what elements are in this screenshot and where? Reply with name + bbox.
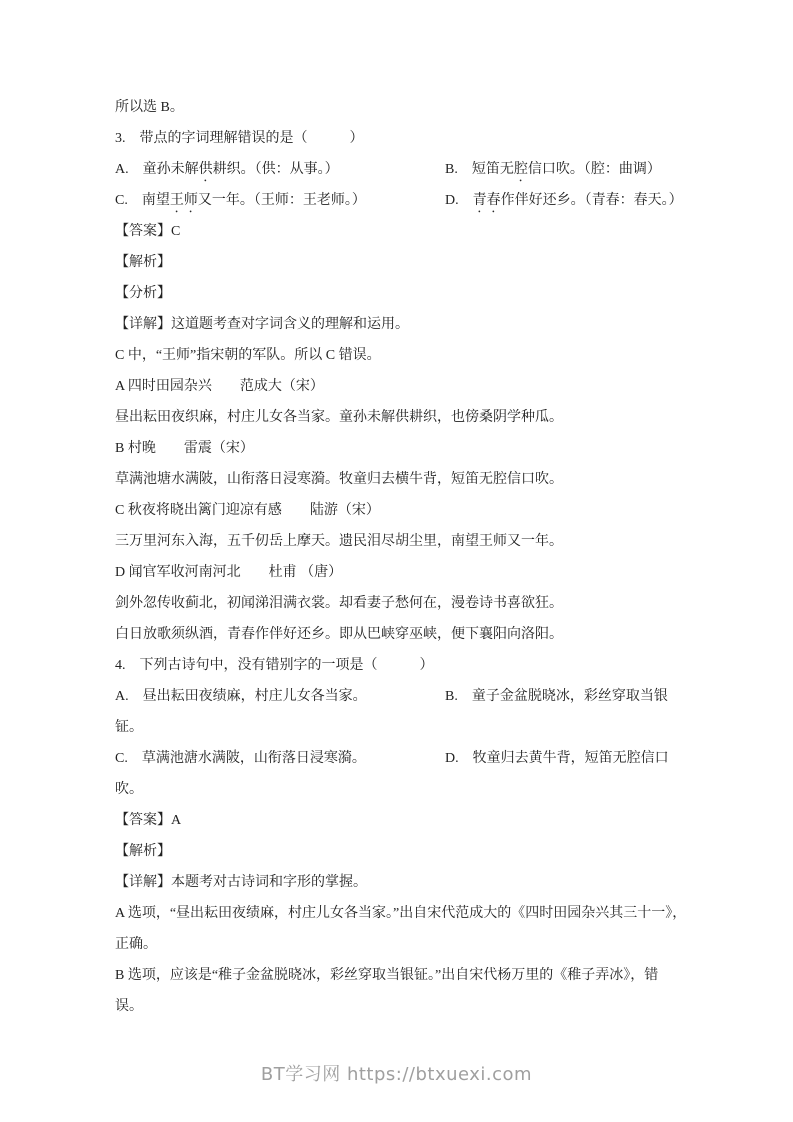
poem-d-text-1: 剑外忽传收蓟北，初闻涕泪满衣裳。却看妻子愁何在，漫卷诗书喜欲狂。 xyxy=(115,588,690,619)
text-segment: A 四时田园杂兴 范成大（宋） xyxy=(115,379,324,394)
text-segment: 钲。 xyxy=(115,720,143,735)
q3-jiexi-label: 【解析】 xyxy=(115,247,690,278)
q3-fenxi-label: 【分析】 xyxy=(115,278,690,309)
text-segment: B. 童子金盆脱晓冰，彩丝穿取当银 xyxy=(445,689,668,704)
text-segment: 正确。 xyxy=(115,937,157,952)
text-segment: 【答案】A xyxy=(115,813,181,828)
emphasized-word: 供 xyxy=(199,162,213,177)
text-segment: 作伴好还乡。（青春：春天。） xyxy=(501,193,683,208)
q4-option-row-ab-left: A. 昼出耘田夜绩麻，村庄儿女各当家。 xyxy=(115,681,445,712)
text-segment: A. 昼出耘田夜绩麻，村庄儿女各当家。 xyxy=(115,689,367,704)
watermark: BT学习网 https://btxuexi.com xyxy=(0,1060,793,1086)
text-segment: 4. 下列古诗句中，没有错别字的一项是（ ） xyxy=(115,658,434,673)
text-segment: 耕织。（供：从事。） xyxy=(213,162,339,177)
text-segment: 吹。 xyxy=(115,782,143,797)
q4-answer: 【答案】A xyxy=(115,805,690,836)
text-segment: C 中，“王师”指宋朝的军队。所以 C 错误。 xyxy=(115,348,381,363)
text-segment: 草满池塘水满陂，山衔落日浸寒漪。牧童归去横牛背，短笛无腔信口吹。 xyxy=(115,472,563,487)
prev-answer-note: 所以选 B。 xyxy=(115,92,690,123)
document-lines: 所以选 B。3. 带点的字词理解错误的是（ ）A. 童孙未解供耕织。（供：从事。… xyxy=(115,92,690,1022)
q4-explain-a-1: A 选项，“昼出耘田夜绩麻，村庄儿女各当家。”出自宋代范成大的《四时田园杂兴其三… xyxy=(115,898,690,929)
question-3-stem: 3. 带点的字词理解错误的是（ ） xyxy=(115,123,690,154)
q3-option-row-cd-left: C. 南望王师又一年。（王师：王老师。） xyxy=(115,185,445,216)
q3-option-row-cd-right: D. 青春作伴好还乡。（青春：春天。） xyxy=(445,185,690,216)
emphasized-word: 青春 xyxy=(473,193,501,208)
q4-option-row-cd-left: C. 草满池溏水满陂，山衔落日浸寒漪。 xyxy=(115,743,445,774)
poem-b-title: B 村晚 雷震（宋） xyxy=(115,433,690,464)
text-segment: 【详解】这道题考查对字词含义的理解和运用。 xyxy=(115,317,409,332)
text-segment: D. 牧童归去黄牛背，短笛无腔信口 xyxy=(445,751,669,766)
q3-option-row-cd: C. 南望王师又一年。（王师：王老师。）D. 青春作伴好还乡。（青春：春天。） xyxy=(115,185,690,216)
q4-jiexi-label: 【解析】 xyxy=(115,836,690,867)
exam-page: 所以选 B。3. 带点的字词理解错误的是（ ）A. 童孙未解供耕织。（供：从事。… xyxy=(0,0,793,1122)
text-segment: 【答案】C xyxy=(115,224,180,239)
q3-option-row-ab: A. 童孙未解供耕织。（供：从事。）B. 短笛无腔信口吹。（腔：曲调） xyxy=(115,154,690,185)
poem-c-title: C 秋夜将晓出篱门迎凉有感 陆游（宋） xyxy=(115,495,690,526)
emphasized-word: 王师 xyxy=(170,193,198,208)
q4-option-row-cd: C. 草满池溏水满陂，山衔落日浸寒漪。D. 牧童归去黄牛背，短笛无腔信口 xyxy=(115,743,690,774)
text-segment: 昼出耘田夜织麻，村庄儿女各当家。童孙未解供耕织，也傍桑阴学种瓜。 xyxy=(115,410,563,425)
poem-d-text-2: 白日放歌须纵酒，青春作伴好还乡。即从巴峡穿巫峡，便下襄阳向洛阳。 xyxy=(115,619,690,650)
q3-explain-c: C 中，“王师”指宋朝的军队。所以 C 错误。 xyxy=(115,340,690,371)
q3-xiangjie: 【详解】这道题考查对字词含义的理解和运用。 xyxy=(115,309,690,340)
exam-content: 所以选 B。3. 带点的字词理解错误的是（ ）A. 童孙未解供耕织。（供：从事。… xyxy=(115,92,690,1022)
q4-explain-b-2: 误。 xyxy=(115,991,690,1022)
text-segment: A 选项，“昼出耘田夜绩麻，村庄儿女各当家。”出自宋代范成大的《四时田园杂兴其三… xyxy=(115,906,686,921)
text-segment: D. xyxy=(445,193,473,208)
q4-option-d-wrap: 吹。 xyxy=(115,774,690,805)
text-segment: 剑外忽传收蓟北，初闻涕泪满衣裳。却看妻子愁何在，漫卷诗书喜欲狂。 xyxy=(115,596,563,611)
q4-explain-b-1: B 选项，应该是“稚子金盆脱晓冰，彩丝穿取当银钲。”出自宋代杨万里的《稚子弄冰》… xyxy=(115,960,690,991)
text-segment: C. 南望 xyxy=(115,193,170,208)
q4-explain-a-2: 正确。 xyxy=(115,929,690,960)
text-segment: 【解析】 xyxy=(115,844,171,859)
text-segment: 【详解】本题考对古诗词和字形的掌握。 xyxy=(115,875,367,890)
q4-option-row-cd-right: D. 牧童归去黄牛背，短笛无腔信口 xyxy=(445,743,690,774)
q3-answer: 【答案】C xyxy=(115,216,690,247)
question-4-stem: 4. 下列古诗句中，没有错别字的一项是（ ） xyxy=(115,650,690,681)
q4-option-row-ab: A. 昼出耘田夜绩麻，村庄儿女各当家。B. 童子金盆脱晓冰，彩丝穿取当银 xyxy=(115,681,690,712)
poem-a-text: 昼出耘田夜织麻，村庄儿女各当家。童孙未解供耕织，也傍桑阴学种瓜。 xyxy=(115,402,690,433)
text-segment: B 村晚 雷震（宋） xyxy=(115,441,254,456)
text-segment: 所以选 B。 xyxy=(115,100,184,115)
text-segment: A. 童孙未解 xyxy=(115,162,199,177)
text-segment: B. 短笛无 xyxy=(445,162,514,177)
q3-option-row-ab-left: A. 童孙未解供耕织。（供：从事。） xyxy=(115,154,445,185)
text-segment: 又一年。（王师：王老师。） xyxy=(198,193,366,208)
text-segment: 【分析】 xyxy=(115,286,171,301)
text-segment: 三万里河东入海，五千仞岳上摩天。遗民泪尽胡尘里，南望王师又一年。 xyxy=(115,534,563,549)
poem-d-title: D 闻官军收河南河北 杜甫 （唐） xyxy=(115,557,690,588)
q3-option-row-ab-right: B. 短笛无腔信口吹。（腔：曲调） xyxy=(445,154,690,185)
text-segment: 信口吹。（腔：曲调） xyxy=(528,162,661,177)
q4-option-row-ab-right: B. 童子金盆脱晓冰，彩丝穿取当银 xyxy=(445,681,690,712)
text-segment: C. 草满池溏水满陂，山衔落日浸寒漪。 xyxy=(115,751,366,766)
q4-option-b-wrap: 钲。 xyxy=(115,712,690,743)
text-segment: 白日放歌须纵酒，青春作伴好还乡。即从巴峡穿巫峡，便下襄阳向洛阳。 xyxy=(115,627,563,642)
text-segment: 误。 xyxy=(115,999,143,1014)
poem-c-text: 三万里河东入海，五千仞岳上摩天。遗民泪尽胡尘里，南望王师又一年。 xyxy=(115,526,690,557)
poem-a-title: A 四时田园杂兴 范成大（宋） xyxy=(115,371,690,402)
text-segment: B 选项，应该是“稚子金盆脱晓冰，彩丝穿取当银钲。”出自宋代杨万里的《稚子弄冰》… xyxy=(115,968,658,983)
text-segment: 3. 带点的字词理解错误的是（ ） xyxy=(115,131,364,146)
text-segment: D 闻官军收河南河北 杜甫 （唐） xyxy=(115,565,342,580)
emphasized-word: 腔 xyxy=(514,162,528,177)
q4-xiangjie: 【详解】本题考对古诗词和字形的掌握。 xyxy=(115,867,690,898)
text-segment: 【解析】 xyxy=(115,255,171,270)
poem-b-text: 草满池塘水满陂，山衔落日浸寒漪。牧童归去横牛背，短笛无腔信口吹。 xyxy=(115,464,690,495)
text-segment: C 秋夜将晓出篱门迎凉有感 陆游（宋） xyxy=(115,503,380,518)
